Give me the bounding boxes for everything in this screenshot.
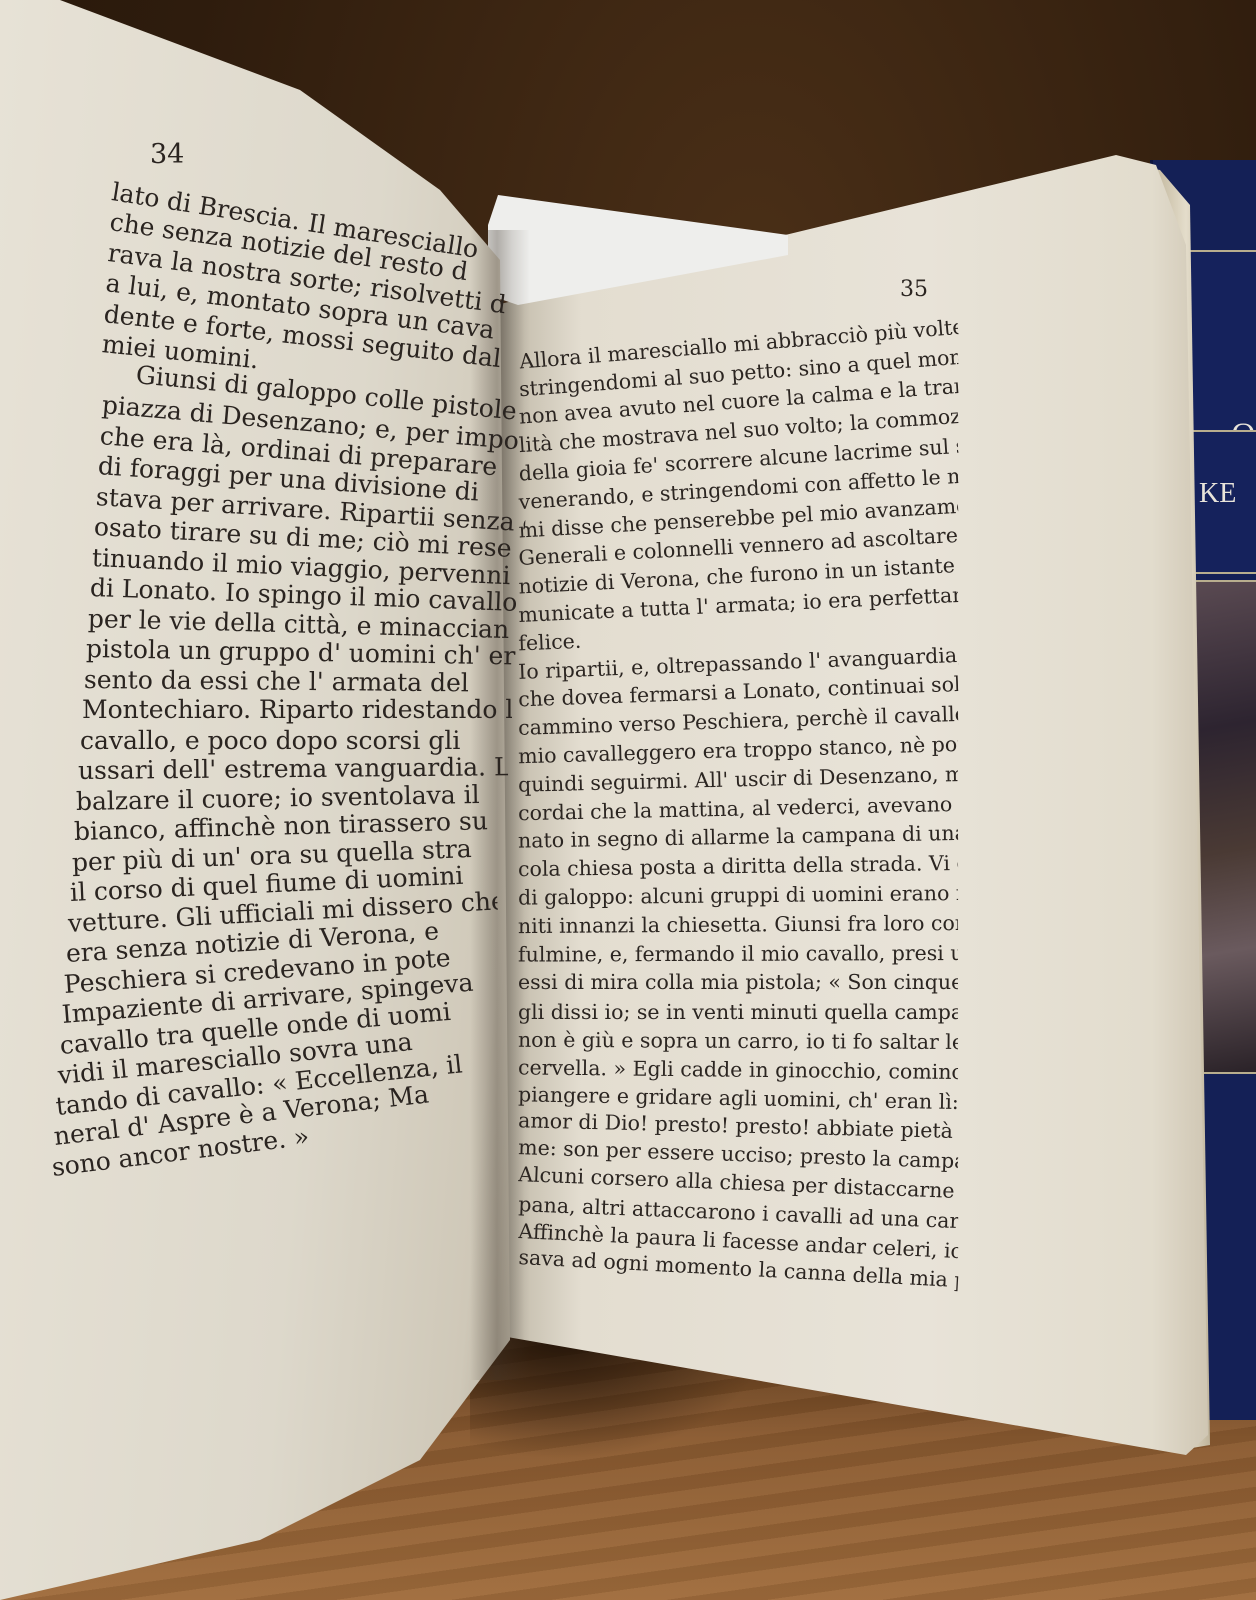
page-number-left: 34 <box>150 140 510 171</box>
text-line: non è giù e sopra un carro, io ti fo sal… <box>518 1026 958 1058</box>
text-line: cavallo, e poco dopo scorsi gli <box>80 726 510 757</box>
text-line: gli dissi io; se in venti minuti quella … <box>518 998 958 1028</box>
text-line: niti innanzi la chiesetta. Giunsi fra lo… <box>518 909 958 942</box>
photo-scene: T OX DICT OF N KE 35 Allora il marescial… <box>0 0 1256 1600</box>
text-line: essi di mira colla mia pistola; « Son ci… <box>518 968 958 998</box>
spine-author: KE <box>1199 478 1236 510</box>
page-number-right: 35 <box>518 275 928 305</box>
left-page-text: 34 lato di Brescia. Il maresciallo che s… <box>80 140 510 1183</box>
text-line: sento da essi che l' armata del <box>84 665 514 699</box>
text-line: di galoppo: alcuni gruppi di uomini eran… <box>518 879 958 913</box>
right-page-text: 35 Allora il maresciallo mi abbracciò pi… <box>518 275 958 1296</box>
text-line: fulmine, e, fermando il mio cavallo, pre… <box>518 939 958 970</box>
text-line: Montechiaro. Riparto ridestando l' <box>82 695 512 726</box>
